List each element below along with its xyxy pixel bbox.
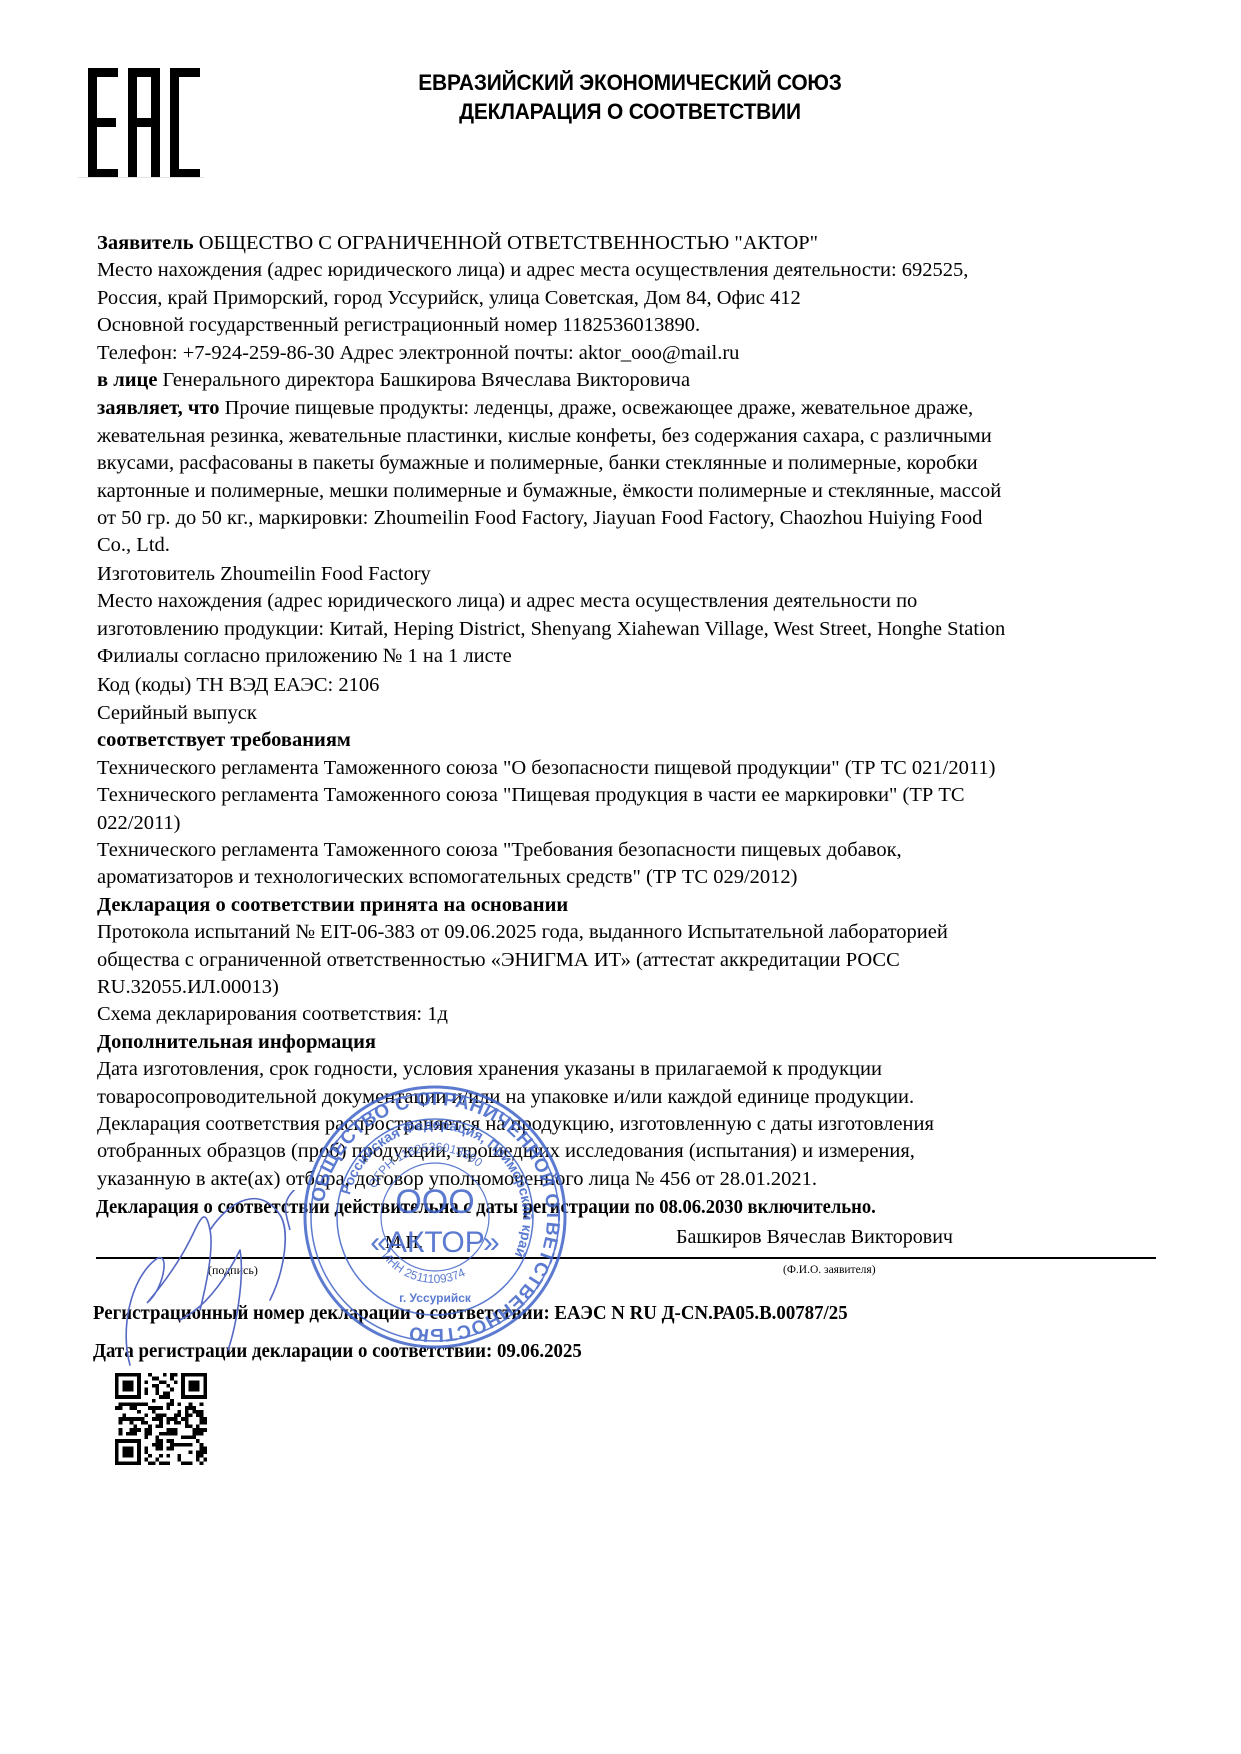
signer-name: Башкиров Вячеслав Викторович bbox=[676, 1226, 953, 1249]
requirement-line-1: Технического регламента Таможенного союз… bbox=[97, 782, 1157, 809]
requirement-line-0: Технического регламента Таможенного союз… bbox=[97, 755, 1157, 782]
requirement-line-3: Технического регламента Таможенного союз… bbox=[97, 837, 1157, 864]
svg-text:ИНН 2511109374: ИНН 2511109374 bbox=[379, 1249, 467, 1286]
representative-line: в лице Генерального директора Башкирова … bbox=[97, 367, 1157, 394]
applicant-ogrn: Основной государственный регистрационный… bbox=[97, 312, 1157, 339]
manufacturer-address-2: изготовлению продукции: Китай, Heping Di… bbox=[97, 616, 1157, 643]
applicant-line: Заявитель ОБЩЕСТВО С ОГРАНИЧЕННОЙ ОТВЕТС… bbox=[97, 230, 1157, 257]
applicant-name: ОБЩЕСТВО С ОГРАНИЧЕННОЙ ОТВЕТСТВЕННОСТЬЮ… bbox=[194, 232, 818, 254]
manufacturer-address-1: Место нахождения (адрес юридического лиц… bbox=[97, 588, 1157, 615]
stamp-inn: ИНН 2511109374 bbox=[379, 1249, 467, 1286]
header-union-title: ЕВРАЗИЙСКИЙ ЭКОНОМИЧЕСКИЙ СОЮЗ bbox=[351, 68, 909, 97]
manufacturer-branches: Филиалы согласно приложению № 1 на 1 лис… bbox=[97, 643, 1157, 670]
declaration-label: заявляет, что bbox=[97, 397, 219, 419]
applicant-label: Заявитель bbox=[97, 232, 194, 254]
declaration-line-1: жевательная резинка, жевательные пластин… bbox=[97, 423, 1157, 450]
basis-heading: Декларация о соответствии принята на осн… bbox=[97, 892, 1157, 919]
registration-date: Дата регистрации декларации о соответств… bbox=[93, 1340, 582, 1363]
additional-heading: Дополнительная информация bbox=[97, 1029, 1157, 1056]
validity-statement: Декларация о соответствии действительна … bbox=[96, 1196, 876, 1219]
applicant-address-1: Место нахождения (адрес юридического лиц… bbox=[97, 257, 1157, 284]
declaration-line-2: вкусами, расфасованы в пакеты бумажные и… bbox=[97, 450, 1157, 477]
tn-ved-code: Код (коды) ТН ВЭД ЕАЭС: 2106 bbox=[97, 672, 1157, 699]
signature-line bbox=[96, 1257, 1156, 1259]
basis-line-2: RU.32055.ИЛ.00013) bbox=[97, 974, 1157, 1001]
additional-line-2: Декларация соответствия распространяется… bbox=[97, 1111, 1157, 1138]
signer-name-caption: (Ф.И.О. заявителя) bbox=[783, 1264, 876, 1276]
declaration-line-0: заявляет, что Прочие пищевые продукты: л… bbox=[97, 395, 1157, 422]
representative-name: Генерального директора Башкирова Вячесла… bbox=[157, 369, 690, 391]
declaration-line-4: от 50 гр. до 50 кг., маркировки: Zhoumei… bbox=[97, 505, 1157, 532]
seal-place-label: М.П. bbox=[385, 1232, 423, 1253]
requirements-heading: соответствует требованиям bbox=[97, 727, 1157, 754]
additional-line-0: Дата изготовления, срок годности, услови… bbox=[97, 1056, 1157, 1083]
document-header: ЕВРАЗИЙСКИЙ ЭКОНОМИЧЕСКИЙ СОЮЗ ДЕКЛАРАЦИ… bbox=[351, 68, 909, 126]
declaration-line-5: Co., Ltd. bbox=[97, 532, 1157, 559]
applicant-address-2: Россия, край Приморский, город Уссурийск… bbox=[97, 285, 1157, 312]
additional-line-3: отобранных образцов (проб) продукции, пр… bbox=[97, 1138, 1157, 1165]
requirement-line-4: ароматизаторов и технологических вспомог… bbox=[97, 864, 1157, 891]
basis-line-1: общества с ограниченной ответственностью… bbox=[97, 947, 1157, 974]
declaration-line-3: картонные и полимерные, мешки полимерные… bbox=[97, 478, 1157, 505]
eac-mark-icon bbox=[88, 68, 200, 178]
additional-line-1: товаросопроводительной документации и/ил… bbox=[97, 1084, 1157, 1111]
applicant-contacts: Телефон: +7-924-259-86-30 Адрес электрон… bbox=[97, 340, 1157, 367]
registration-number: Регистрационный номер декларации о соотв… bbox=[93, 1302, 848, 1325]
release-type: Серийный выпуск bbox=[97, 700, 1157, 727]
declaration-scheme: Схема декларирования соответствия: 1д bbox=[97, 1001, 1157, 1028]
header-doc-title: ДЕКЛАРАЦИЯ О СООТВЕТСТВИИ bbox=[351, 97, 909, 126]
qr-code-icon bbox=[115, 1373, 207, 1465]
manufacturer-name: Изготовитель Zhoumeilin Food Factory bbox=[97, 561, 1157, 588]
additional-line-4: указанную в акте(ах) отбора, договор упо… bbox=[97, 1166, 1157, 1193]
requirement-line-2: 022/2011) bbox=[97, 810, 1157, 837]
basis-line-0: Протокола испытаний № EIT-06-383 от 09.0… bbox=[97, 919, 1157, 946]
signature-caption: (подпись) bbox=[208, 1263, 258, 1278]
document-body: Заявитель ОБЩЕСТВО С ОГРАНИЧЕННОЙ ОТВЕТС… bbox=[97, 230, 1157, 1193]
representative-label: в лице bbox=[97, 369, 157, 391]
logo-underline bbox=[78, 177, 204, 178]
